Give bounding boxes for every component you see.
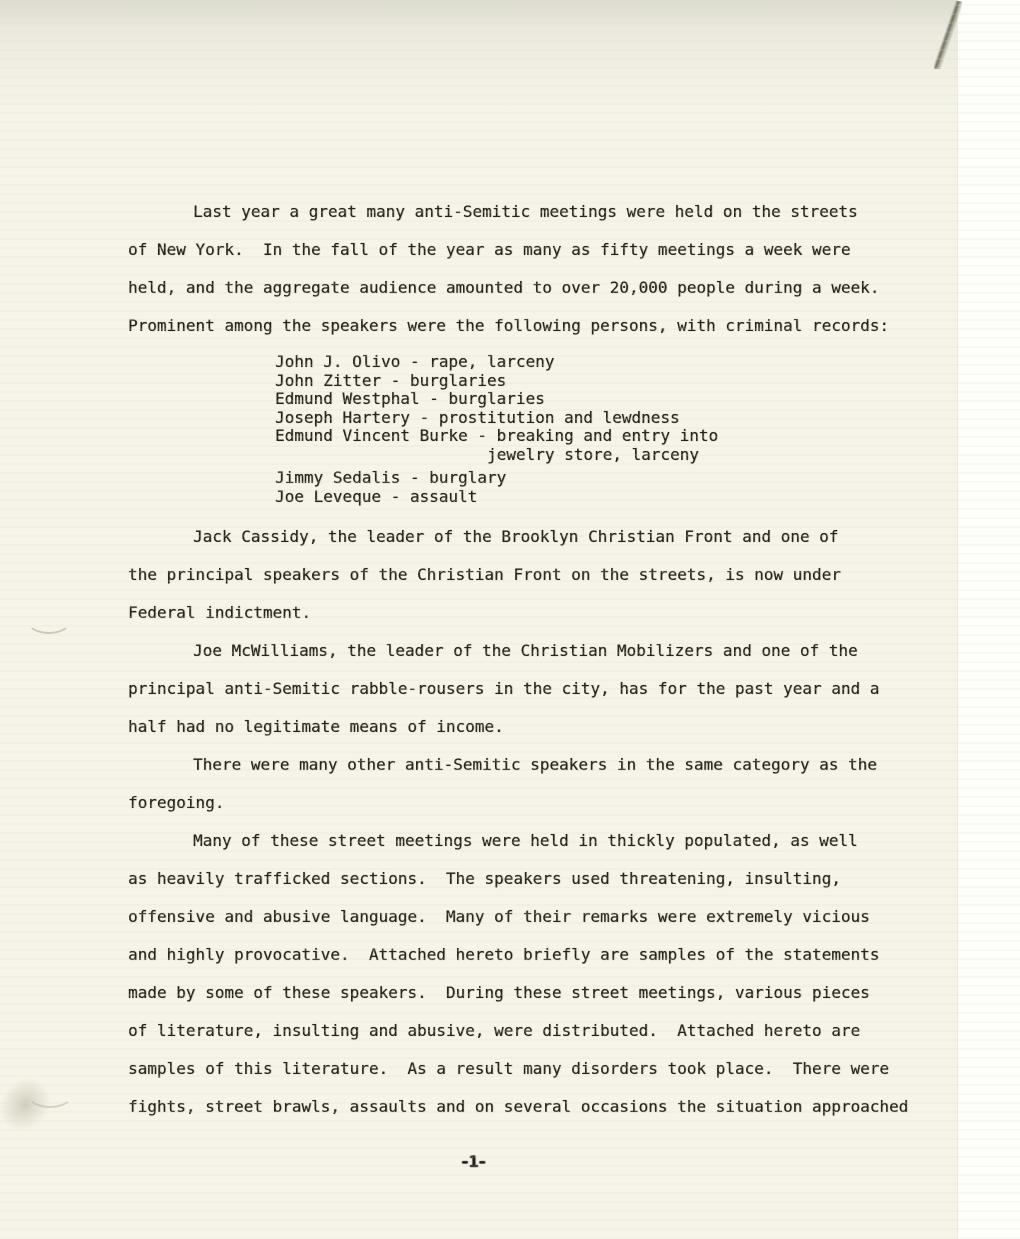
- text-line: foregoing.: [128, 784, 928, 822]
- smudge-arc-bottom-left: [26, 1078, 74, 1108]
- speaker-list-item: John Zitter - burglaries: [275, 372, 928, 391]
- text-line: half had no legitimate means of income.: [128, 708, 928, 746]
- speaker-list-item: Joe Leveque - assault: [275, 488, 928, 507]
- scan-shadow-top: [0, 0, 1020, 110]
- text-line: the principal speakers of the Christian …: [128, 556, 928, 594]
- text-line: Many of these street meetings were held …: [128, 822, 928, 860]
- text-line: samples of this literature. As a result …: [128, 1050, 928, 1088]
- speaker-list-item-continuation: jewelry store, larceny: [275, 446, 928, 465]
- text-line: of literature, insulting and abusive, we…: [128, 1012, 928, 1050]
- text-line: principal anti-Semitic rabble-rousers in…: [128, 670, 928, 708]
- speaker-list-item: Edmund Westphal - burglaries: [275, 390, 928, 409]
- speaker-list-item: Joseph Hartery - prostitution and lewdne…: [275, 409, 928, 428]
- text-line: Jack Cassidy, the leader of the Brooklyn…: [128, 518, 928, 556]
- text-line: Last year a great many anti-Semitic meet…: [128, 193, 928, 231]
- text-line: There were many other anti-Semitic speak…: [128, 746, 928, 784]
- page-number: -1-: [460, 1152, 486, 1171]
- smudge-mark-left-margin: [26, 606, 72, 634]
- document-page: Last year a great many anti-Semitic meet…: [0, 0, 1020, 1239]
- text-line: and highly provocative. Attached hereto …: [128, 936, 928, 974]
- text-line: of New York. In the fall of the year as …: [128, 231, 928, 269]
- text-line: Joe McWilliams, the leader of the Christ…: [128, 632, 928, 670]
- text-line: made by some of these speakers. During t…: [128, 974, 928, 1012]
- speaker-list: John J. Olivo - rape, larceny John Zitte…: [275, 353, 928, 506]
- scanner-background-strip: [957, 0, 1020, 1239]
- text-line: offensive and abusive language. Many of …: [128, 898, 928, 936]
- text-line: as heavily trafficked sections. The spea…: [128, 860, 928, 898]
- text-line: fights, street brawls, assaults and on s…: [128, 1088, 928, 1126]
- text-line: Prominent among the speakers were the fo…: [128, 307, 928, 345]
- typed-text-body: Last year a great many anti-Semitic meet…: [128, 193, 928, 1126]
- speaker-list-item: Edmund Vincent Burke - breaking and entr…: [275, 427, 928, 446]
- speaker-list-item: Jimmy Sedalis - burglary: [275, 469, 928, 488]
- text-line: Federal indictment.: [128, 594, 928, 632]
- text-line: held, and the aggregate audience amounte…: [128, 269, 928, 307]
- speaker-list-item: John J. Olivo - rape, larceny: [275, 353, 928, 372]
- typed-text-body-continued: Jack Cassidy, the leader of the Brooklyn…: [128, 518, 928, 1126]
